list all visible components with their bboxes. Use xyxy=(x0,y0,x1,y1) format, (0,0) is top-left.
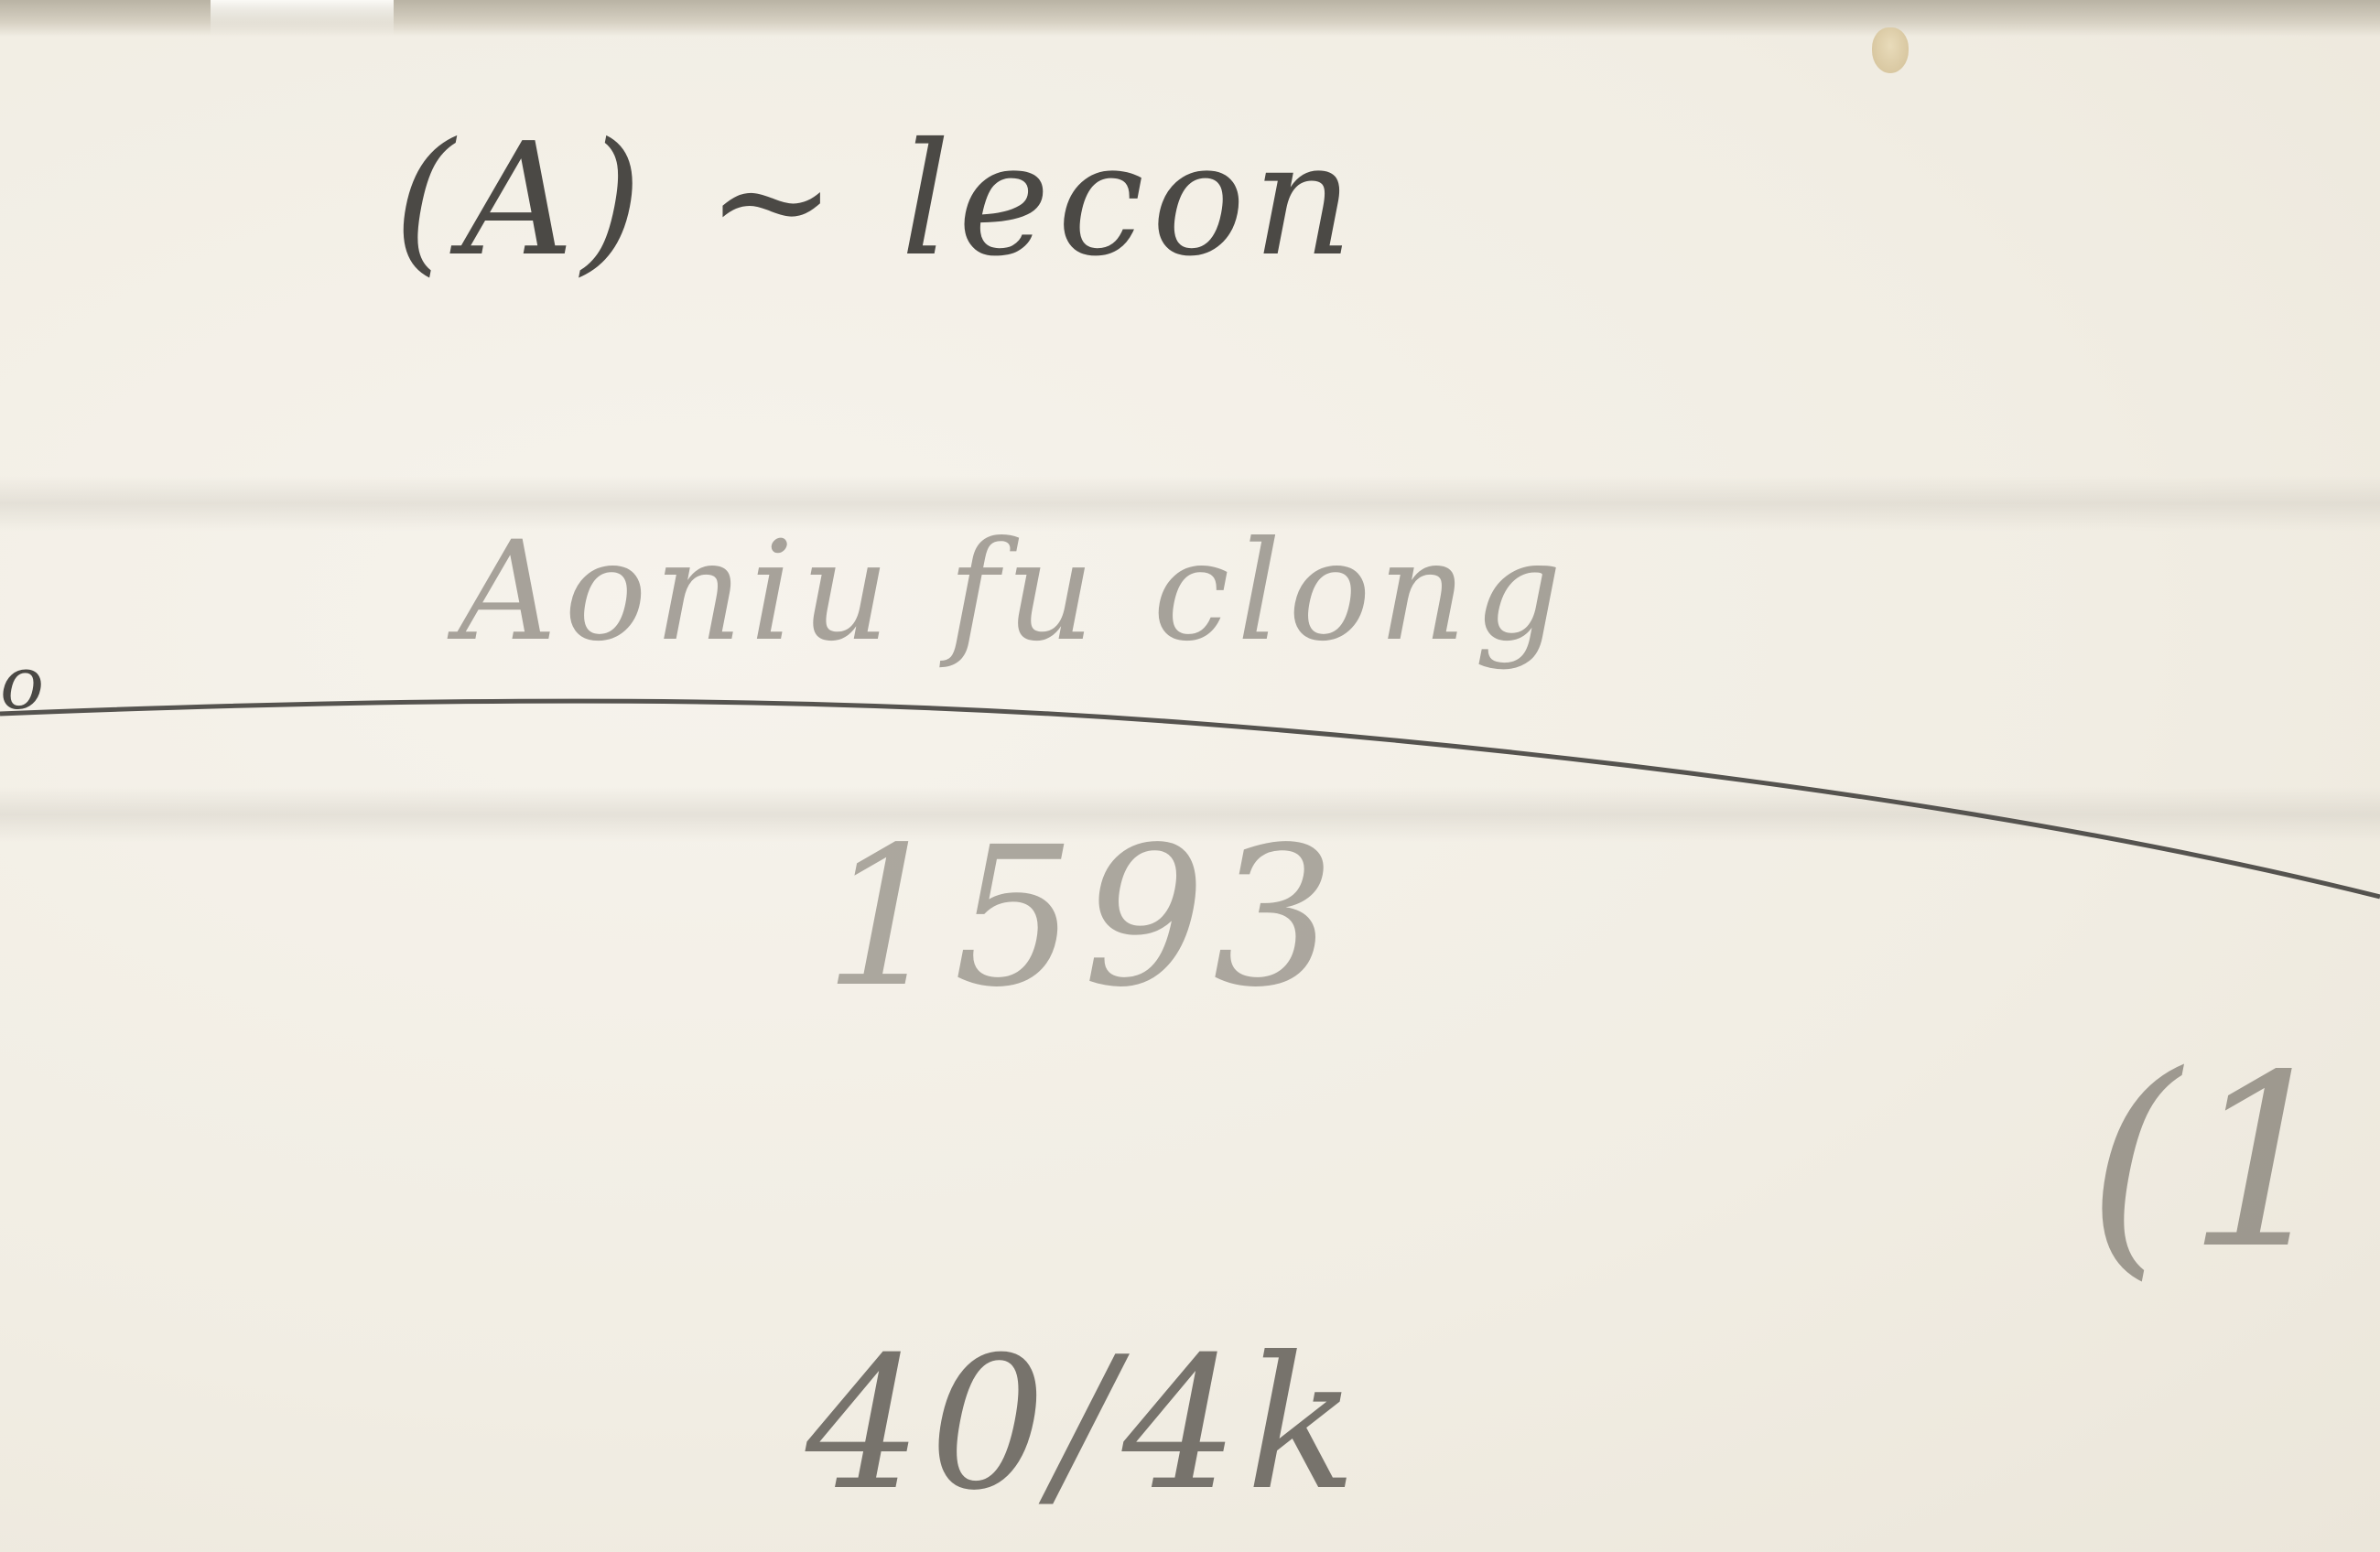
photo-canvas: o (A) ~ lecon Aoniu fu clong 1593 40/4k … xyxy=(0,0,2380,1552)
handwritten-line-2: Aoniu fu clong xyxy=(458,512,1569,672)
handwritten-partial-right: (1 xyxy=(2087,1025,2346,1301)
edge-mark: o xyxy=(0,641,51,726)
handwritten-number-40-4k: 40/4k xyxy=(806,1318,1364,1531)
handwritten-number-1593: 1593 xyxy=(824,805,1342,1029)
handwritten-line-1: (A) ~ lecon xyxy=(394,110,1360,291)
